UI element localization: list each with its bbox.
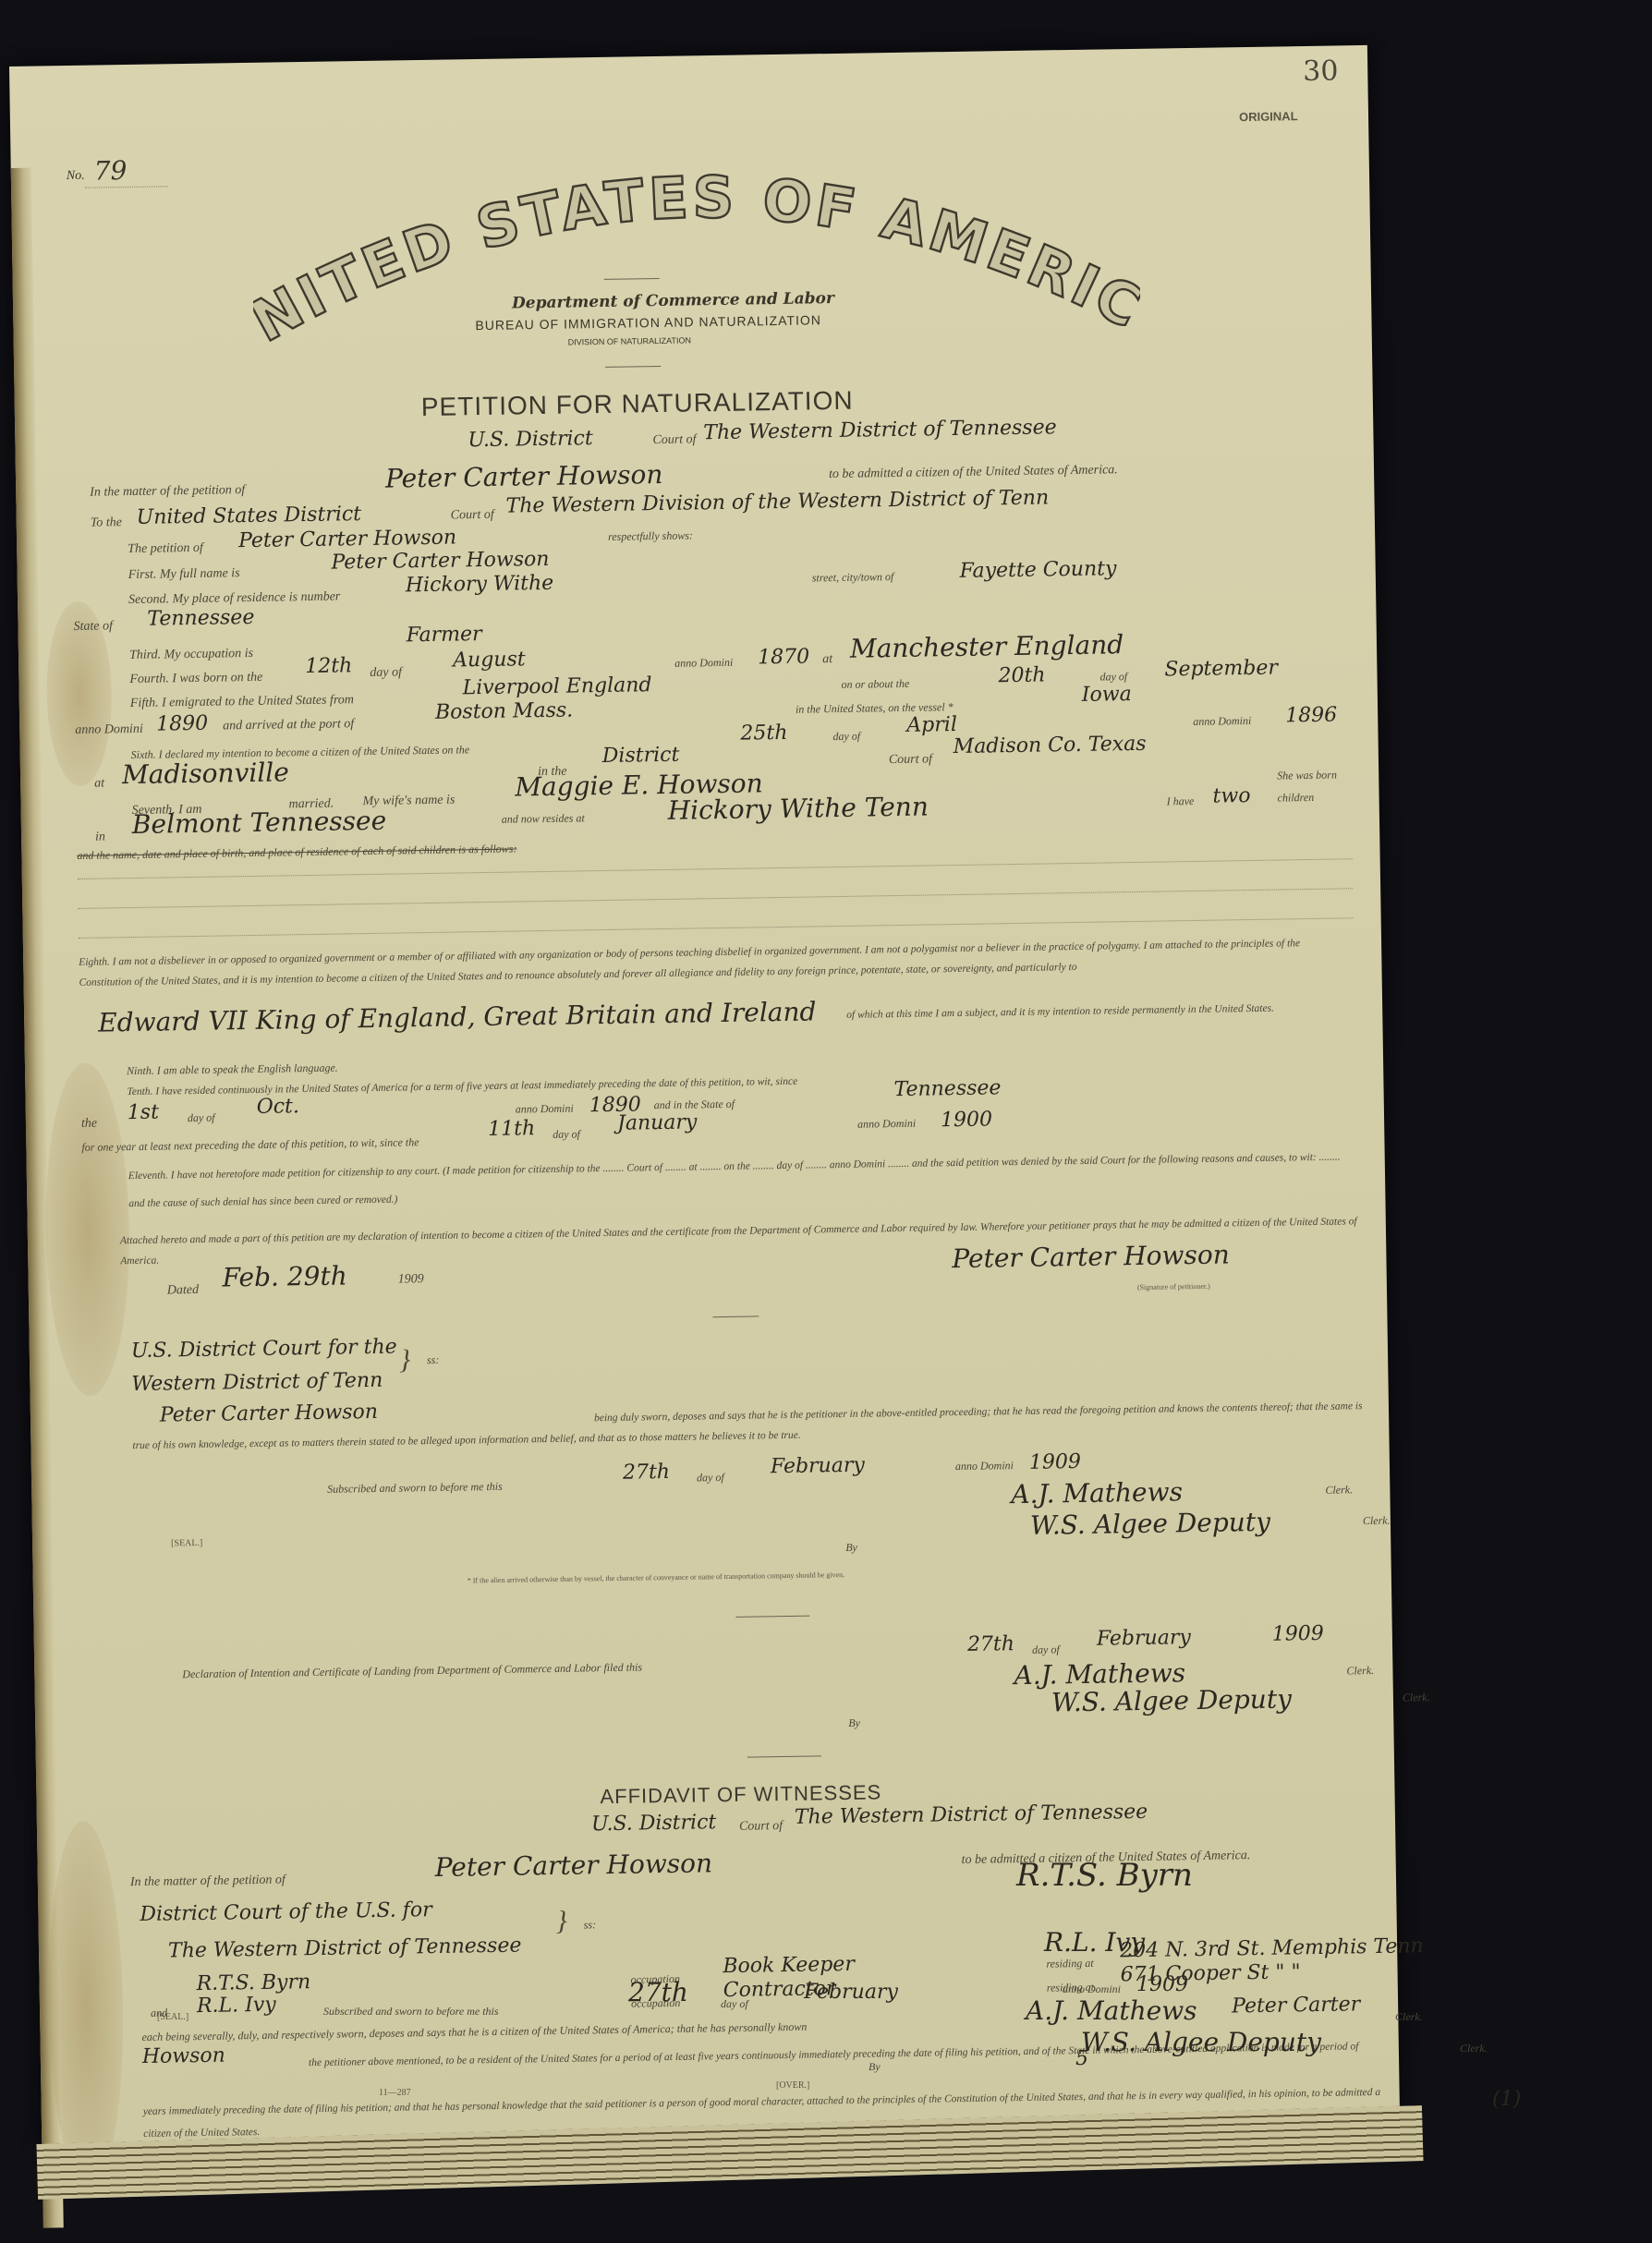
street-label: street, city/town of	[812, 570, 894, 585]
declaration-month: February	[1097, 1626, 1191, 1651]
petition-of-label: The petition of	[128, 541, 203, 557]
affidavit-clerk-label: Clerk.	[1395, 2010, 1423, 2024]
witness-1-occupation: Book Keeper	[723, 1953, 855, 1978]
children-count: two	[1212, 784, 1250, 808]
dated-label: Dated	[167, 1283, 199, 1299]
in-label: in	[95, 830, 105, 844]
number-label: No.	[67, 169, 85, 184]
full-name: Peter Carter Howson	[331, 548, 549, 575]
declaration-text: Declaration of Intention and Certificate…	[182, 1660, 642, 1681]
document-page: 30 ORIGINAL No. 79 UNITED STATES OF AMER…	[9, 45, 1400, 2145]
first-label: First. My full name is	[128, 566, 240, 583]
county: Fayette County	[960, 557, 1117, 583]
fifth-label: Fifth. I emigrated to the United States …	[130, 693, 354, 711]
day-of-label: day of	[832, 730, 860, 744]
declaration-deputy: W.S. Algee Deputy	[1051, 1683, 1292, 1717]
children-word: children	[1277, 791, 1314, 806]
sworn-month: February	[771, 1454, 865, 1479]
anno-domini-label: anno Domini	[857, 1117, 916, 1132]
petitioner-signature: Peter Carter Howson	[952, 1239, 1230, 1274]
state-since-year: 1900	[941, 1108, 992, 1132]
clerk-label: Clerk.	[1325, 1483, 1353, 1497]
birth-place: Manchester England	[850, 629, 1124, 664]
court-of-label: Court of	[889, 752, 932, 768]
affidavit-sworn-label: Subscribed and sworn to before me this	[323, 2005, 499, 2019]
affidavit-oath-text: each being severally, duly, and respecti…	[141, 2020, 807, 2044]
at-label: at	[822, 652, 832, 667]
affidavit-court-district: The Western District of Tennessee	[795, 1800, 1148, 1829]
eighth-clause: Eighth. I am not a disbeliever in or opp…	[79, 932, 1354, 993]
children-details: and the name, date and place of birth, a…	[77, 842, 516, 862]
at-label: at	[94, 776, 104, 791]
ninth-clause: Ninth. I am able to speak the English la…	[127, 1061, 338, 1079]
day-of-label: day of	[553, 1127, 580, 1141]
state-since-day: 11th	[488, 1117, 535, 1141]
affidavit-ss: ss:	[584, 1918, 597, 1932]
affidavit-sworn-month: February	[804, 1981, 898, 2004]
affidavit-court-label: Court of	[739, 1819, 783, 1835]
one-year-label: for one year at least next preceding the…	[81, 1135, 419, 1155]
respectfully-label: respectfully shows:	[608, 528, 693, 543]
copy-label: ORIGINAL	[1239, 109, 1298, 124]
arrival-port: Boston Mass.	[435, 699, 574, 724]
witness-2-name: R.L. Ivy	[197, 1994, 276, 2018]
declaration-court-of: Madison Co. Texas	[953, 733, 1146, 758]
residence-state: Tennessee	[893, 1076, 1001, 1101]
division-name: DIVISION OF NATURALIZATION	[568, 335, 691, 346]
declaration-clerk-label: Clerk.	[1346, 1664, 1374, 1678]
declaration-court: District	[602, 744, 680, 768]
affidavit-seal: [SEAL.]	[157, 2012, 188, 2022]
emigration-month: September	[1164, 657, 1278, 682]
anno-domini-label: anno Domini	[955, 1459, 1014, 1473]
sworn-day: 27th	[623, 1461, 670, 1485]
sovereign: Edward VII King of England, Great Britai…	[98, 996, 817, 1037]
affidavit-sworn-day: 27th	[628, 1977, 688, 2007]
witness-1-name: R.T.S. Byrn	[196, 1970, 310, 1995]
dated-value: Feb. 29th	[222, 1260, 347, 1292]
anno-domini-label: anno Domini	[75, 722, 143, 738]
anno-domini-label: anno Domini	[1193, 714, 1251, 729]
declaration-place: Madisonville	[122, 757, 289, 790]
state-since-month: January	[617, 1110, 698, 1134]
affidavit-deputy: W.S. Algee Deputy	[1081, 2027, 1321, 2057]
matter-label: In the matter of the petition of	[90, 483, 245, 501]
emigrated-from: Liverpool England	[462, 673, 651, 699]
declaration-day: 25th	[740, 721, 787, 746]
to-court-label: Court of	[451, 508, 494, 524]
venue-line-2: Western District of Tenn	[131, 1369, 383, 1396]
state: Tennessee	[147, 606, 254, 631]
affidavit-matter-label: In the matter of the petition of	[130, 1873, 285, 1891]
signature-caption: (Signature of petitioner.)	[1137, 1282, 1210, 1291]
deputy-signature: W.S. Algee Deputy	[1030, 1507, 1270, 1541]
seal-label: [SEAL.]	[171, 1538, 202, 1549]
form-number: 11—287	[379, 2088, 411, 2098]
ss-label: ss:	[427, 1353, 440, 1367]
petition-of-name: Peter Carter Howson	[238, 526, 456, 552]
petition-number: 79	[94, 155, 128, 187]
witness-1-signature: R.T.S. Byrn	[1016, 1857, 1193, 1894]
fourth-label: Fourth. I was born on the	[129, 671, 262, 687]
to-court: United States District	[136, 503, 361, 529]
on-about-label: on or about the	[842, 677, 910, 692]
deputy-label: Clerk.	[1363, 1514, 1391, 1528]
arrived-label: and arrived at the port of	[223, 717, 354, 734]
wife-residence: Hickory Withe Tenn	[667, 791, 929, 825]
wife-birthplace: Belmont Tennessee	[132, 806, 387, 840]
day-of-label: day of	[370, 665, 402, 681]
eleventh-clause: Eleventh. I have not heretofore made pet…	[128, 1143, 1358, 1218]
day-of-label: day of	[188, 1111, 215, 1125]
affidavit-by-label: By	[869, 2060, 881, 2074]
witness-2-signature: R.L. Ivy	[1044, 1927, 1145, 1958]
day-of-label: day of	[697, 1471, 724, 1485]
clerk-signature: A.J. Mathews	[1011, 1476, 1183, 1509]
third-label: Third. My occupation is	[129, 647, 253, 663]
declaration-deputy-label: Clerk.	[1403, 1691, 1430, 1704]
resides-label: and now resides at	[502, 811, 585, 826]
birth-year: 1870	[758, 645, 809, 669]
court-label: Court of	[652, 432, 696, 448]
second-label: Second. My place of residence is number	[128, 589, 340, 608]
emigration-day: 20th	[998, 663, 1045, 687]
dated-year: 1909	[398, 1272, 424, 1287]
affidavit-court-name: U.S. District	[591, 1811, 717, 1836]
affidavit-deputy-label: Clerk.	[1460, 2042, 1488, 2055]
anno-domini-label: anno Domini	[674, 656, 733, 671]
anno-domini-label: anno Domini	[516, 1102, 574, 1117]
sworn-label: Subscribed and sworn to before me this	[327, 1480, 503, 1497]
residing-label: residing at	[1046, 1957, 1093, 1971]
subject-text: of which at this time I am a subject, an…	[846, 997, 1364, 1025]
admit-text: to be admitted a citizen of the United S…	[829, 463, 1118, 482]
over-label: [OVER.]	[776, 2080, 809, 2091]
venue-line-1: U.S. District Court for the	[131, 1336, 397, 1364]
court-district: The Western District of Tennessee	[703, 416, 1057, 444]
petition-title: PETITION FOR NATURALIZATION	[421, 386, 854, 422]
emigration-year: 1890	[156, 712, 208, 736]
sworn-year: 1909	[1029, 1450, 1081, 1474]
page-number: 30	[1303, 55, 1339, 88]
margin-note: (1)	[1492, 2088, 1521, 2111]
occupation: Farmer	[407, 623, 482, 647]
age-stain	[43, 1062, 132, 1396]
vessel: Iowa	[1082, 683, 1132, 707]
petitioner-name: Peter Carter Howson	[385, 459, 663, 494]
children-label: I have	[1167, 794, 1195, 808]
declaration-year: 1896	[1285, 704, 1337, 728]
declaration-by-label: By	[848, 1716, 860, 1730]
state-label: State of	[73, 619, 113, 635]
she-born-label: She was born	[1277, 769, 1337, 783]
residence-day: 1st	[128, 1101, 160, 1125]
by-label: By	[845, 1541, 857, 1555]
declaration-day: 27th	[967, 1632, 1014, 1656]
to-court-division: The Western Division of the Western Dist…	[505, 486, 1049, 517]
vessel-footnote: * If the alien arrived otherwise than by…	[468, 1570, 844, 1584]
known-name-1: Peter Carter	[1232, 1993, 1360, 2018]
declaration-month: April	[906, 713, 957, 737]
known-name-2: Howson	[142, 2044, 225, 2068]
affidavit-sworn-year: 1909	[1136, 1973, 1188, 1996]
affidavit-petitioner-name: Peter Carter Howson	[434, 1848, 712, 1883]
declaration-year: 1909	[1272, 1622, 1324, 1646]
witness-1-residence: 204 N. 3rd St. Memphis Tenn	[1120, 1934, 1424, 1962]
affidavit-venue-line-2: The Western District of Tennessee	[168, 1934, 522, 1963]
birth-month: August	[453, 648, 526, 672]
declaration-day-of: day of	[1032, 1643, 1060, 1656]
court-name: U.S. District	[468, 427, 593, 452]
affidavit-clerk: A.J. Mathews	[1026, 1995, 1197, 2026]
residence-month: Oct.	[257, 1095, 300, 1119]
affidavit-venue-line-1: District Court of the U.S. for	[140, 1898, 432, 1926]
birth-day: 12th	[305, 654, 352, 678]
to-the-label: To the	[91, 515, 122, 531]
residence: Hickory Withe	[406, 572, 554, 598]
